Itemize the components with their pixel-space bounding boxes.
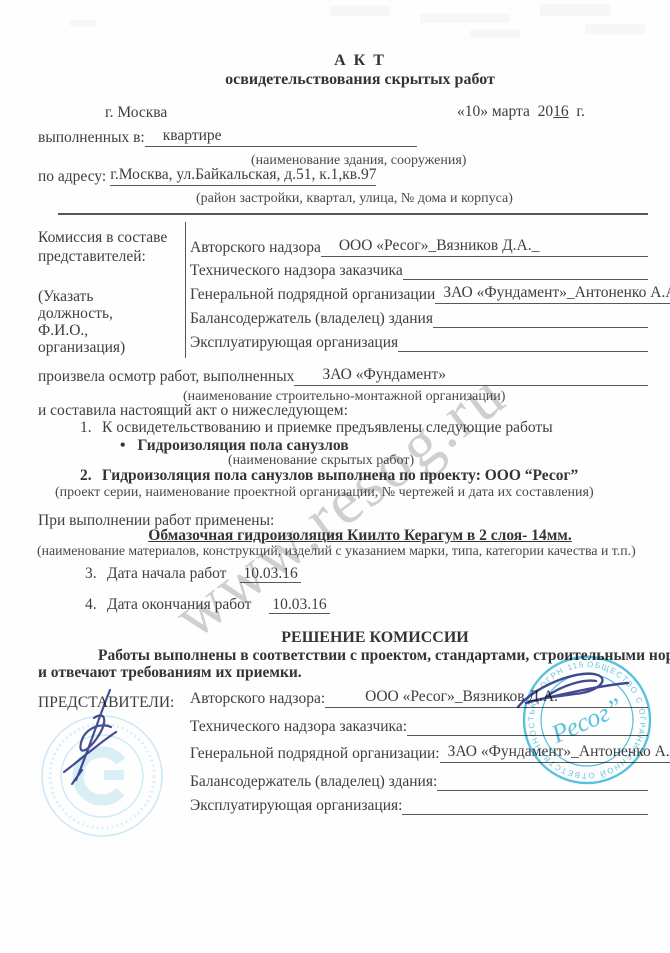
doc-date: «10» марта 2016 г. bbox=[457, 103, 585, 120]
commission-row-owner: Балансодержатель (владелец) здания bbox=[190, 309, 648, 328]
commission-intro-1: Комиссия в составе bbox=[38, 229, 167, 246]
commission-row-general: Генеральной подрядной организации ЗАО «Ф… bbox=[190, 285, 648, 304]
commission-note-4: организация) bbox=[38, 339, 125, 356]
date-suffix: г. bbox=[569, 103, 585, 120]
commission-row-label: Технического надзора заказчика bbox=[190, 262, 403, 280]
commission-vertical-divider bbox=[185, 222, 186, 358]
inspection-label: произвела осмотр работ, выполненных bbox=[38, 368, 294, 386]
rep-row-line bbox=[402, 795, 648, 815]
commission-row-label: Генеральной подрядной организации bbox=[190, 286, 435, 304]
commission-row-line bbox=[433, 308, 648, 328]
inspection-row: произвела осмотр работ, выполненных ЗАО … bbox=[38, 367, 648, 386]
company-stamp: ОБЩЕСТВО С ОГРАНИЧЕННОЙ ОТВЕТСТВЕННОСТЬЮ… bbox=[512, 645, 662, 795]
inspection-value: ЗАО «Фундамент» bbox=[294, 366, 446, 383]
address-value: г.Москва, ул.Байкальская, д.51, к.1,кв.9… bbox=[110, 166, 376, 183]
document-page: www.resog.ru А К Т освидетельствования с… bbox=[0, 0, 670, 953]
rep-row-label: Генеральной подрядной организации: bbox=[190, 745, 440, 763]
district-caption: (район застройки, квартал, улица, № дома… bbox=[196, 191, 513, 207]
doc-city: г. Москва bbox=[105, 104, 167, 121]
rep-row-operating: Эксплуатирующая организация: bbox=[190, 796, 648, 815]
item-1-number: 1. bbox=[80, 419, 102, 436]
commission-row-author: Авторского надзора ООО «Ресог»_Вязников … bbox=[190, 238, 648, 257]
item-1: 1.К освидетельствованию и приемке предъя… bbox=[80, 419, 553, 436]
rep-row-label: Балансодержатель (владелец) здания: bbox=[190, 773, 437, 791]
commission-row-label: Авторского надзора bbox=[190, 239, 321, 257]
end-date-row: 4.Дата окончания работ10.03.16 bbox=[85, 596, 330, 613]
commission-row-line bbox=[398, 332, 648, 352]
doc-title: А К Т bbox=[50, 52, 670, 69]
item-2-text: Гидроизоляция пола санузлов выполнена по… bbox=[102, 467, 578, 484]
doc-subtitle: освидетельствования скрытых работ bbox=[50, 71, 670, 88]
representative-signature bbox=[48, 682, 143, 807]
end-date-number: 4. bbox=[85, 596, 107, 613]
address-label: по адресу: bbox=[38, 168, 106, 186]
decision-title: РЕШЕНИЕ КОМИССИИ bbox=[80, 629, 670, 646]
end-date-value: 10.03.16 bbox=[269, 596, 329, 614]
commission-row-value: ЗАО «Фундамент»_Антоненко А.А.__ bbox=[435, 284, 670, 301]
performed-in-value: квартире bbox=[145, 127, 222, 144]
end-date-label: Дата окончания работ bbox=[107, 596, 251, 613]
date-prefix: «10» марта 20 bbox=[457, 103, 553, 120]
commission-row-line bbox=[403, 260, 648, 280]
materials-value: Обмазочная гидроизоляция Киилто Керагум … bbox=[50, 527, 670, 544]
stamp-center-text: Ресог” bbox=[546, 692, 627, 749]
item-2-number: 2. bbox=[80, 467, 102, 484]
commission-note-1: (Указать bbox=[38, 288, 93, 305]
commission-row-value: ООО «Ресог»_Вязников Д.А._ bbox=[321, 237, 540, 254]
commission-row-operating: Эксплуатирующая организация bbox=[190, 333, 648, 352]
item-1-text: К освидетельствованию и приемке предъявл… bbox=[102, 419, 553, 436]
hidden-work-name: Гидроизоляция пола санузлов bbox=[137, 437, 348, 454]
rep-row-label: Авторского надзора: bbox=[190, 690, 325, 708]
commission-row-technical: Технического надзора заказчика bbox=[190, 261, 648, 280]
performed-in-row: выполненных в: квартире bbox=[38, 128, 417, 147]
item-2: 2.Гидроизоляция пола санузлов выполнена … bbox=[80, 467, 578, 484]
section-divider bbox=[58, 213, 648, 215]
commission-intro-2: представителей: bbox=[38, 248, 146, 265]
start-date-row: 3.Дата начала работ10.03.16 bbox=[85, 565, 301, 582]
address-line: г.Москва, ул.Байкальская, д.51, к.1,кв.9… bbox=[110, 166, 376, 186]
bullet-icon: • bbox=[120, 437, 125, 454]
commission-row-label: Эксплуатирующая организация bbox=[190, 334, 398, 352]
rep-row-label: Технического надзора заказчика: bbox=[190, 718, 407, 736]
commission-row-line: ООО «Ресог»_Вязников Д.А._ bbox=[321, 237, 648, 257]
materials-caption: (наименование материалов, конструкций, и… bbox=[37, 543, 636, 559]
performed-in-line: квартире bbox=[145, 127, 417, 147]
inspection-intro: и составила настоящий акт о нижеследующе… bbox=[38, 402, 348, 419]
address-row: по адресу: г.Москва, ул.Байкальская, д.5… bbox=[38, 167, 376, 186]
start-date-label: Дата начала работ bbox=[107, 565, 226, 582]
start-date-value: 10.03.16 bbox=[240, 565, 300, 583]
commission-row-label: Балансодержатель (владелец) здания bbox=[190, 310, 433, 328]
date-year: 16 bbox=[553, 103, 569, 120]
commission-row-line: ЗАО «Фундамент»_Антоненко А.А.__ bbox=[435, 284, 670, 304]
rep-row-label: Эксплуатирующая организация: bbox=[190, 797, 402, 815]
start-date-number: 3. bbox=[85, 565, 107, 582]
commission-note-3: Ф.И.О., bbox=[38, 322, 88, 339]
commission-note-2: должность, bbox=[38, 305, 113, 322]
inspection-line: ЗАО «Фундамент» bbox=[294, 366, 648, 386]
decision-body-2: и отвечают требованиям их приемки. bbox=[38, 664, 302, 681]
performed-in-label: выполненных в: bbox=[38, 129, 145, 147]
project-caption: (проект серии, наименование проектной ор… bbox=[55, 485, 594, 501]
item-1-bullet-row: •Гидроизоляция пола санузлов bbox=[120, 437, 349, 454]
